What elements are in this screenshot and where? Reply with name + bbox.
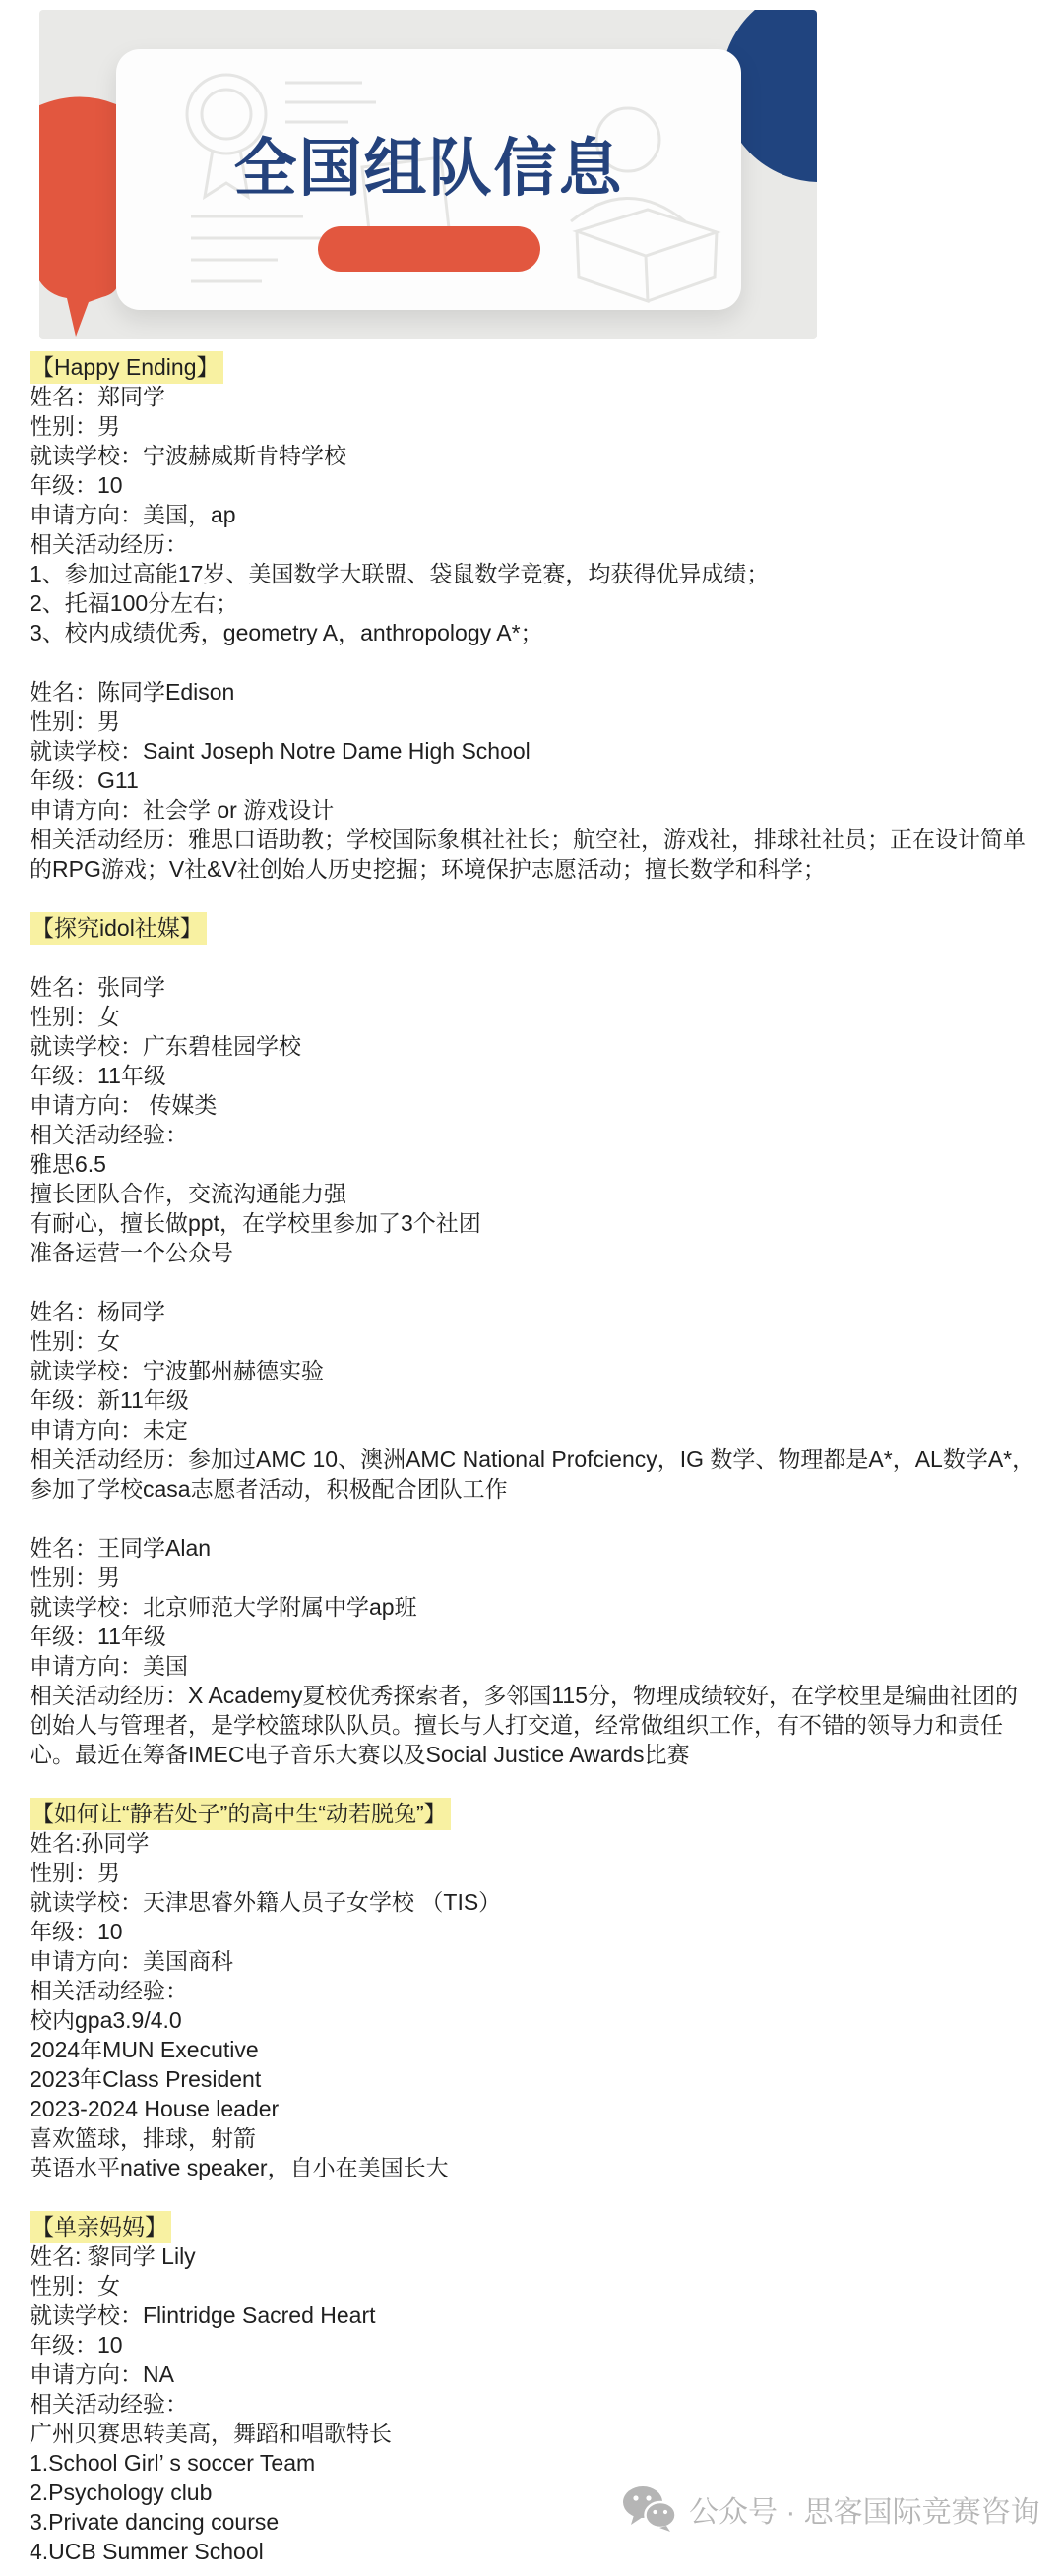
blank-line xyxy=(30,943,1035,972)
profile-line: 2、托福100分左右； xyxy=(30,588,1035,618)
profile-line: 性别：男 xyxy=(30,1563,1035,1592)
header-banner: 全国组队信息 xyxy=(39,10,817,339)
profile-line: 姓名：王同学Alan xyxy=(30,1533,1035,1563)
profile-line: 3、校内成绩优秀，geometry A，anthropology A*； xyxy=(30,618,1035,647)
profile-line: 2023-2024 House leader xyxy=(30,2094,1035,2123)
profile-line: 年级：10 xyxy=(30,470,1035,500)
profile-line: 就读学校：广东碧桂园学校 xyxy=(30,1031,1035,1061)
profile-line: 年级：10 xyxy=(30,2330,1035,2360)
section-heading: 【单亲妈妈】 xyxy=(30,2212,1035,2241)
wechat-icon xyxy=(622,2485,677,2533)
blank-line xyxy=(30,1503,1035,1533)
banner-underline xyxy=(318,226,540,272)
profile-line: 年级：11年级 xyxy=(30,1622,1035,1651)
profile-line: 姓名：杨同学 xyxy=(30,1297,1035,1326)
profile-line: 年级：新11年级 xyxy=(30,1385,1035,1415)
profile-line: 2024年MUN Executive xyxy=(30,2035,1035,2064)
section-heading-text: 【单亲妈妈】 xyxy=(30,2211,171,2243)
profile-line: 申请方向：美国商科 xyxy=(30,1946,1035,1976)
profile-line: 喜欢篮球，排球，射箭 xyxy=(30,2123,1035,2153)
profile-line: 姓名: 黎同学 Lily xyxy=(30,2241,1035,2271)
profile-line: 性别：女 xyxy=(30,1002,1035,1031)
profile-line: 性别：女 xyxy=(30,1326,1035,1356)
profile-line: 英语水平native speaker，自小在美国长大 xyxy=(30,2153,1035,2182)
profile-line: 相关活动经历：X Academy夏校优秀探索者，多邻国115分，物理成绩较好，在… xyxy=(30,1681,1035,1769)
profile-line: 相关活动经验： xyxy=(30,1976,1035,2005)
profile-line: 就读学校：Flintridge Sacred Heart xyxy=(30,2300,1035,2330)
profile-line: 申请方向：美国，ap xyxy=(30,500,1035,529)
blank-line xyxy=(30,884,1035,913)
profile-line: 就读学校：宁波赫威斯肯特学校 xyxy=(30,441,1035,470)
watermark-text: 公众号 · 思客国际竞赛咨询 xyxy=(689,2487,1040,2531)
profile-line: 申请方向：未定 xyxy=(30,1415,1035,1444)
profile-line: 申请方向：社会学 or 游戏设计 xyxy=(30,795,1035,825)
profile-line: 年级：G11 xyxy=(30,766,1035,795)
wechat-watermark: 公众号 · 思客国际竞赛咨询 xyxy=(622,2485,1040,2533)
profile-line: 申请方向：NA xyxy=(30,2360,1035,2389)
banner-title: 全国组队信息 xyxy=(116,118,741,209)
profile-line: 校内gpa3.9/4.0 xyxy=(30,2005,1035,2035)
profile-line: 性别：男 xyxy=(30,411,1035,441)
profile-line: 姓名：陈同学Edison xyxy=(30,677,1035,706)
profile-line: 就读学校：Saint Joseph Notre Dame High School xyxy=(30,736,1035,766)
profile-line: 年级：11年级 xyxy=(30,1061,1035,1090)
profile-line: 1、参加过高能17岁、美国数学大联盟、袋鼠数学竞赛，均获得优异成绩； xyxy=(30,559,1035,588)
banner-card: 全国组队信息 xyxy=(116,49,741,310)
article-page: { "banner": { "title": "全国组队信息", "colors… xyxy=(0,10,1063,2576)
profile-line: 姓名：郑同学 xyxy=(30,382,1035,411)
profile-line: 姓名：张同学 xyxy=(30,972,1035,1002)
blank-line xyxy=(30,1267,1035,1297)
profile-line: 1.School Girl’ s soccer Team xyxy=(30,2448,1035,2478)
profile-line: 相关活动经验： xyxy=(30,1120,1035,1149)
profile-line: 有耐心，擅长做ppt，在学校里参加了3个社团 xyxy=(30,1208,1035,1238)
profile-line: 姓名:孙同学 xyxy=(30,1828,1035,1858)
section-heading: 【如何让“静若处子”的高中生“动若脱兔”】 xyxy=(30,1799,1035,1828)
profile-line: 申请方向：美国 xyxy=(30,1651,1035,1681)
section-heading: 【探究idol社媒】 xyxy=(30,913,1035,943)
section-heading-text: 【探究idol社媒】 xyxy=(30,912,207,945)
article-body: 【Happy Ending】姓名：郑同学性别：男就读学校：宁波赫威斯肯特学校年级… xyxy=(0,352,1063,2576)
section-heading-text: 【如何让“静若处子”的高中生“动若脱兔”】 xyxy=(30,1798,451,1830)
profile-line: 相关活动经历：参加过AMC 10、澳洲AMC National Profcien… xyxy=(30,1444,1035,1503)
blank-line xyxy=(30,647,1035,677)
profile-line: 申请方向： 传媒类 xyxy=(30,1090,1035,1120)
profile-line: 4.UCB Summer School xyxy=(30,2537,1035,2566)
profile-line: 广州贝赛思转美高，舞蹈和唱歌特长 xyxy=(30,2419,1035,2448)
blank-line xyxy=(30,2182,1035,2212)
blank-line xyxy=(30,1769,1035,1799)
profile-line: 相关活动经历：雅思口语助教；学校国际象棋社社长；航空社，游戏社，排球社社员；正在… xyxy=(30,825,1035,884)
profile-line: 相关活动经验： xyxy=(30,2389,1035,2419)
profile-line: 性别：男 xyxy=(30,706,1035,736)
profile-line: 准备运营一个公众号 xyxy=(30,1238,1035,1267)
profile-line: 就读学校：宁波鄞州赫德实验 xyxy=(30,1356,1035,1385)
profile-line: 年级：10 xyxy=(30,1917,1035,1946)
profile-line: 相关活动经历： xyxy=(30,529,1035,559)
profile-line: 擅长团队合作，交流沟通能力强 xyxy=(30,1179,1035,1208)
profile-line: 2023年Class President xyxy=(30,2064,1035,2094)
profile-line: 就读学校：天津思睿外籍人员子女学校 （TIS） xyxy=(30,1887,1035,1917)
profile-line: 性别：女 xyxy=(30,2271,1035,2300)
section-heading-text: 【Happy Ending】 xyxy=(30,351,223,384)
profile-line: 雅思6.5 xyxy=(30,1149,1035,1179)
profile-line: 性别：男 xyxy=(30,1858,1035,1887)
section-heading: 【Happy Ending】 xyxy=(30,352,1035,382)
red-ribbon-shape xyxy=(39,89,118,339)
profile-line: 就读学校：北京师范大学附属中学ap班 xyxy=(30,1592,1035,1622)
